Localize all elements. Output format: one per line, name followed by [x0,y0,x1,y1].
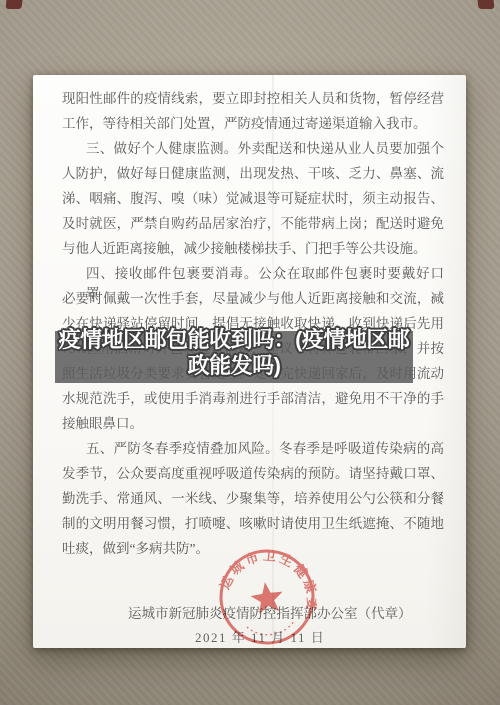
document-line: 接触眼鼻口。 [62,414,444,436]
official-seal: 运城市卫生健康委员会 [217,546,317,648]
seal-star-icon [249,580,285,615]
photo-background: 现阳性邮件的疫情线索，要立即封控相关人员和货物，暂停经营 工作，等待相关部门处置… [0,0,500,705]
document-line: 与他人近距离接触，减少接触楼梯扶手、门把手等公共设施。 [62,239,444,261]
document-line: 水规范洗手，或使用手消毒剂进行手部清洁，避免用不干净的手 [62,389,444,411]
document-line: 及时就医，严禁自购药品居家治疗，不能带病上岗；配送时避免 [62,214,444,236]
document-line: 必要时佩戴一次性手套，尽量减少与他人近距离接触和交流，减 [62,289,444,311]
seal-serial-marks [247,620,296,637]
headline-overlay: 疫情地区邮包能收到吗：(疫情地区邮 政能发吗) [55,331,413,383]
document-line: 三、做好个人健康监测。外卖配送和快递从业人员要加强个 [62,139,444,161]
document-page: 现阳性邮件的疫情线索，要立即封控相关人员和货物，暂停经营 工作，等待相关部门处置… [33,75,466,648]
headline-line-2: 政能发吗) [55,353,413,379]
document-line: 发季节，公众要高度重视呼吸道传染病的预防。请坚持戴口罩、 [62,464,444,486]
document-line: 现阳性邮件的疫情线索，要立即封控相关人员和货物，暂停经营 [62,89,444,111]
document-line: 工作，等待相关部门处置，严防疫情通过寄递渠道输入我市。 [62,114,444,136]
corner-mark-left [6,0,23,9]
document-line: 五、严防冬春季疫情叠加风险。冬春季是呼吸道传染病的高 [62,439,444,461]
corner-mark-right [478,0,495,9]
document-line: 四、接收邮件包裹要消毒。公众在取邮件包裹时要戴好口罩， [62,264,444,286]
headline-line-1: 疫情地区邮包能收到吗：(疫情地区邮 [55,327,413,353]
document-line: 涕、咽痛、腹泻、嗅（味）觉减退等可疑症状时，须主动报告、 [62,189,444,211]
document-line: 制的文明用餐习惯，打喷嚏、咳嗽时请使用卫生纸遮掩、不随地 [62,514,444,536]
document-line: 勤洗手、常通风、一米线、少聚集等，培养使用公勺公筷和分餐 [62,489,444,511]
document-line: 人防护，做好每日健康监测，出现发热、干咳、乏力、鼻塞、流 [62,164,444,186]
